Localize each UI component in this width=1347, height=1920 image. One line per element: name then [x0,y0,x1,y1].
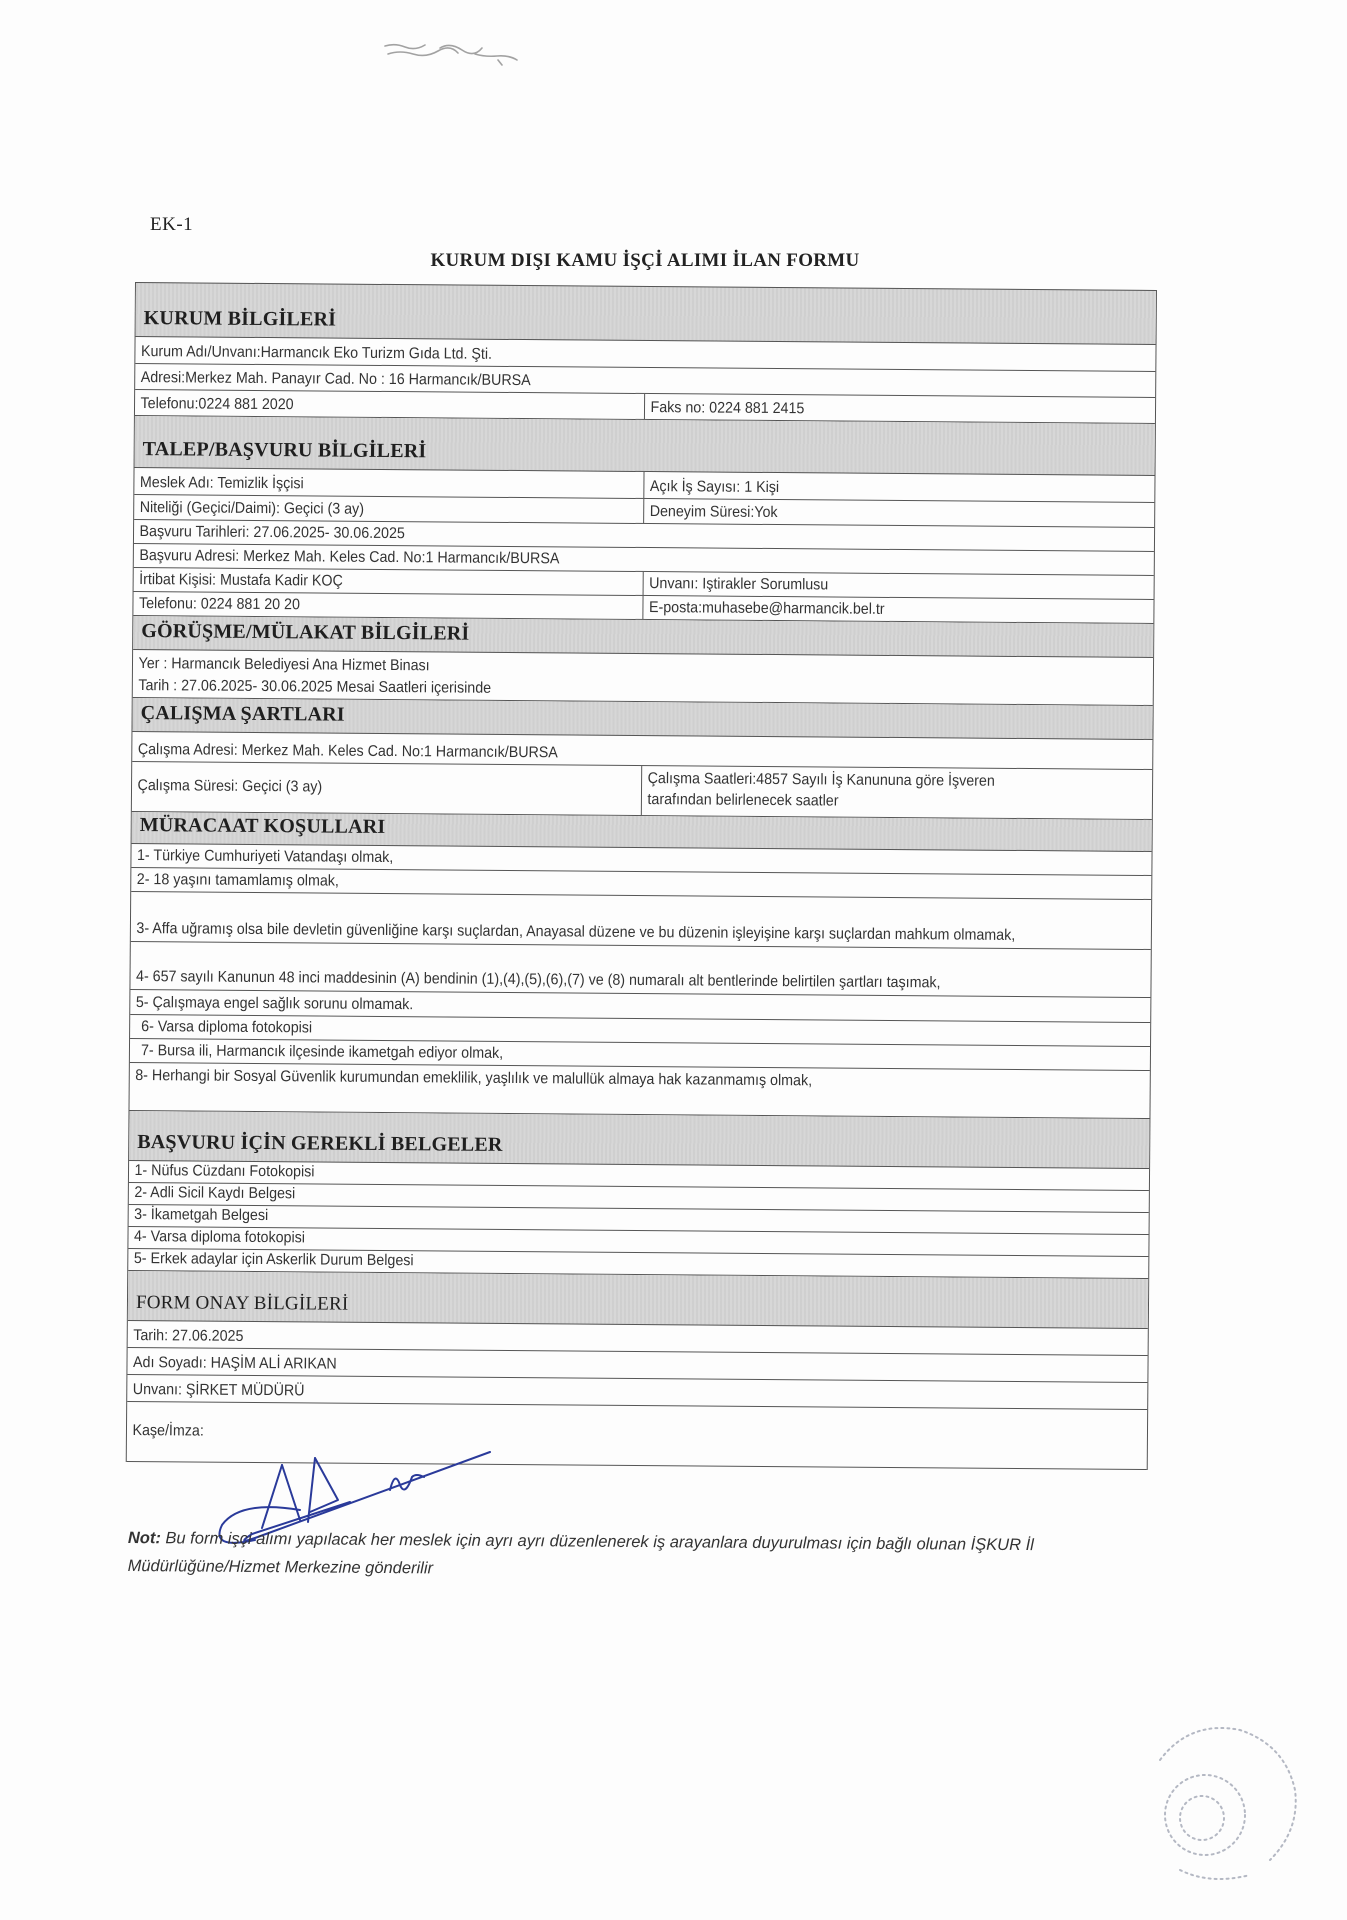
section-header-kurum: KURUM BİLGİLERİ [136,282,1156,345]
job-posting-form: KURUM BİLGİLERİ Kurum Adı/Unvanı:Harmanc… [126,282,1157,1470]
condition-item: 3- Affa uğramış olsa bile devletin güven… [131,892,1151,950]
calisma-suresi: Çalışma Süresi: Geçici (3 ay) [132,776,322,797]
section-title: KURUM BİLGİLERİ [144,307,337,332]
gorusme-yer: Yer : Harmancık Belediyesi Ana Hizmet Bi… [133,655,491,678]
note-text: Bu form işçi alımı yapılacak her meslek … [128,1529,1034,1577]
irtibat-kisisi: İrtibat Kişisi: Mustafa Kadir KOÇ [134,571,343,593]
deneyim-suresi: Deneyim Süresi:Yok [644,503,778,524]
condition-item: 8- Herhangi bir Sosyal Güvenlik kurumund… [129,1063,1149,1119]
section-title: FORM ONAY BİLGİLERİ [136,1292,349,1316]
kurum-telefon: Telefonu:0224 881 2020 [135,395,294,416]
note-label: Not: [128,1529,161,1547]
meslek-adi: Meslek Adı: Temizlik İşçisi [134,474,303,495]
field-gorusme-yer-tarih: Yer : Harmancık Belediyesi Ana Hizmet Bi… [133,650,1153,706]
condition-item: 4- 657 sayılı Kanunun 48 inci maddesinin… [130,942,1150,998]
gorusme-tarih: Tarih : 27.06.2025- 30.06.2025 Mesai Saa… [133,677,491,700]
section-title: TALEP/BAŞVURU BİLGİLERİ [143,438,427,463]
acik-is-sayisi: Açık İş Sayısı: 1 Kişi [644,478,779,499]
section-header-belgeler: BAŞVURU İÇİN GEREKLİ BELGELER [129,1111,1149,1169]
section-title: MÜRACAAT KOŞULLARI [140,814,386,839]
section-header-form-onay: FORM ONAY BİLGİLERİ [128,1271,1148,1329]
document-title: KURUM DIŞI KAMU İŞÇİ ALIMI İLAN FORMU [135,250,1155,272]
footnote: Not: Bu form işçi alımı yapılacak her me… [128,1524,1188,1588]
faded-stamp [1120,1700,1320,1900]
kurum-faks: Faks no: 0224 881 2415 [645,399,804,420]
section-title: ÇALIŞMA ŞARTLARI [141,702,345,727]
section-title: BAŞVURU İÇİN GEREKLİ BELGELER [137,1131,503,1157]
annex-label: EK-1 [150,214,193,236]
section-title: GÖRÜŞME/MÜLAKAT BİLGİLERİ [141,620,469,646]
handwritten-scribble [380,28,530,68]
niteligi: Niteliği (Geçici/Daimi): Geçici (3 ay) [134,499,364,521]
calisma-saatleri: Çalışma Saatleri:4857 Sayılı İş Kanununa… [642,769,1038,814]
irtibat-eposta[interactable]: E-posta:muhasebe@harmancik.bel.tr [643,599,884,621]
section-header-talep: TALEP/BAŞVURU BİLGİLERİ [135,416,1155,476]
irtibat-unvani: Unvanı: Iştirakler Sorumlusu [644,575,829,596]
irtibat-telefon: Telefonu: 0224 881 20 20 [133,595,300,616]
field-calisma-sure-saat: Çalışma Süresi: Geçici (3 ay) Çalışma Sa… [132,762,1152,820]
